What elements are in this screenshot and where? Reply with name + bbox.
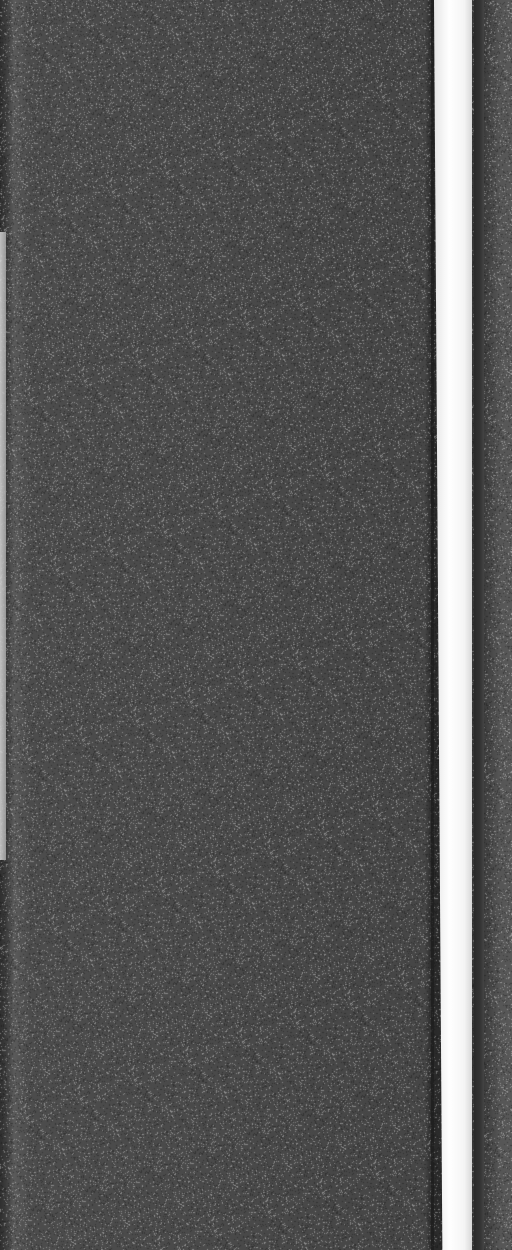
- lane-line-edge: [431, 0, 434, 1250]
- road-photo: Close-up grayscale photo of an asphalt r…: [0, 0, 512, 1250]
- left-edge-marking: [0, 232, 6, 860]
- asphalt-texture: [0, 0, 512, 1250]
- lane-line-shadow: [474, 0, 484, 1250]
